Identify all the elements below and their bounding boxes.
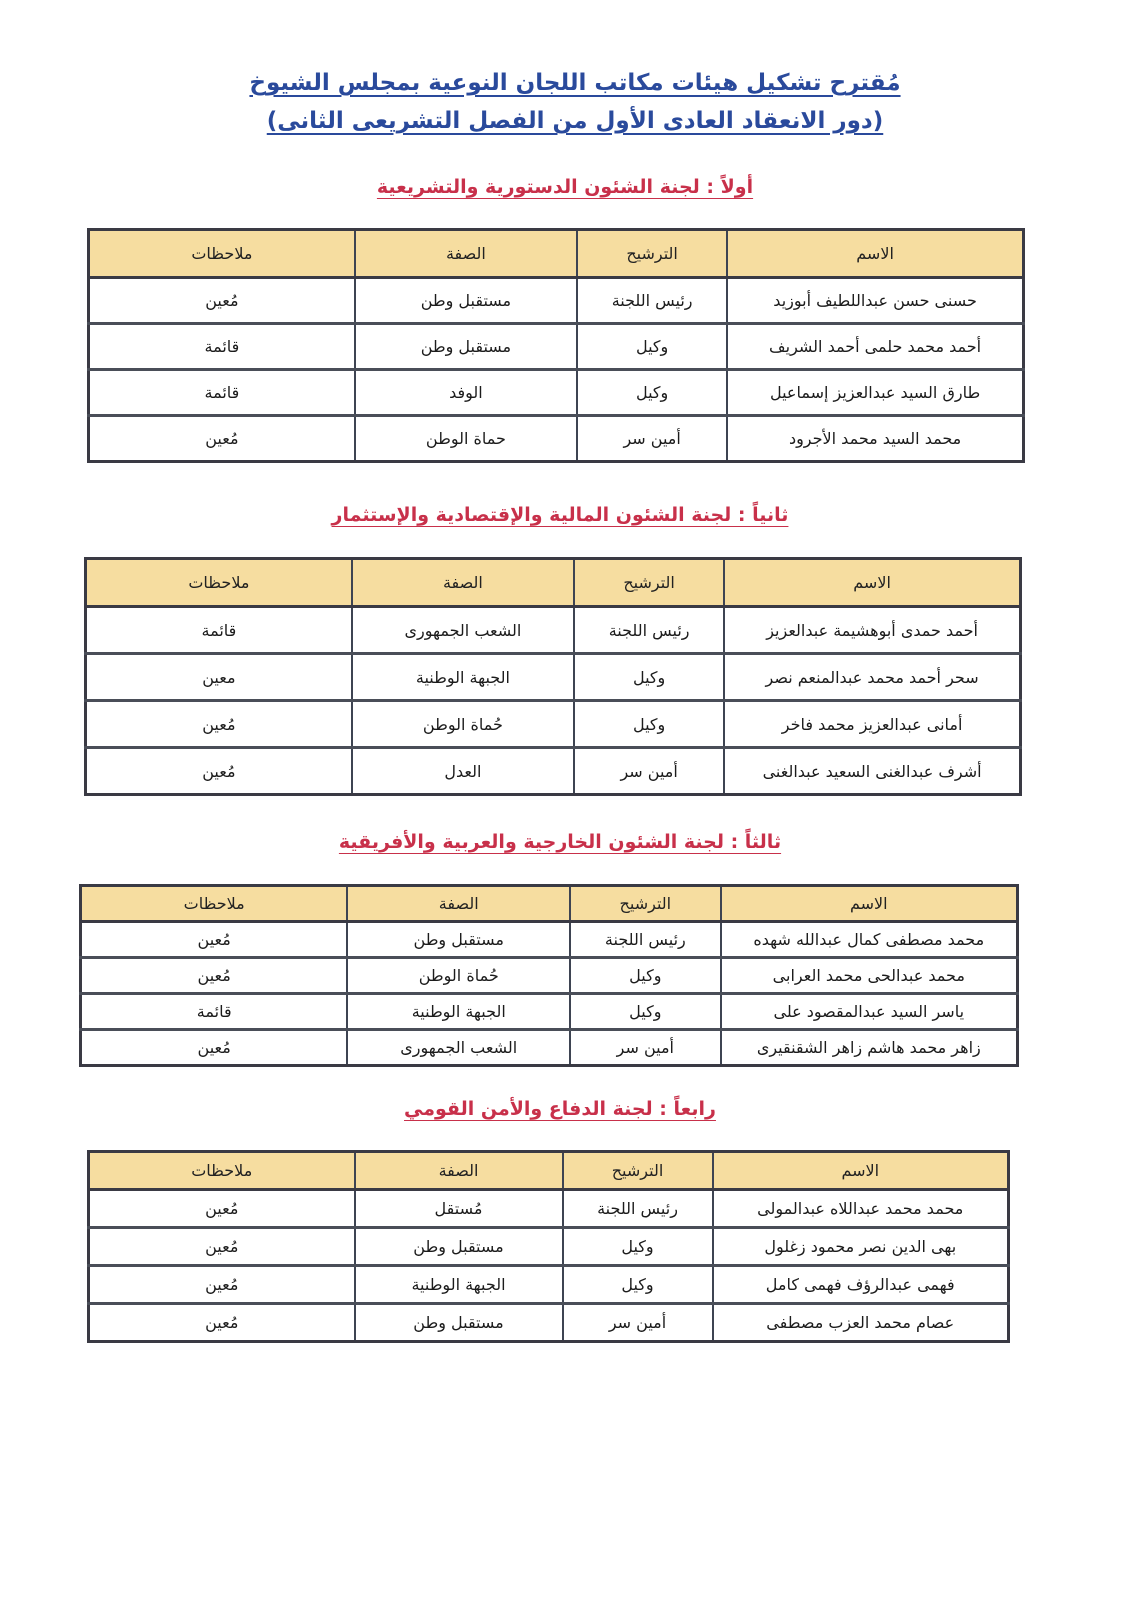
member-notes: قائمة: [89, 370, 355, 416]
member-nomination: رئيس اللجنة: [563, 1190, 713, 1228]
column-header-affiliation: الصفة: [352, 559, 574, 607]
member-notes: مُعين: [89, 416, 355, 462]
column-header-affiliation: الصفة: [347, 886, 570, 922]
member-name: فهمى عبدالرؤف فهمى كامل: [713, 1266, 1009, 1304]
document-subtitle: (دور الانعقاد العادى الأول من الفصل التش…: [10, 108, 1130, 134]
committee-4-table: الاسم الترشيح الصفة ملاحظات محمد محمد عب…: [87, 1150, 1010, 1343]
member-affiliation: العدل: [352, 748, 574, 795]
table-row: عصام محمد العزب مصطفى أمين سر مستقبل وطن…: [89, 1304, 1009, 1342]
member-name: أمانى عبدالعزيز محمد فاخر: [724, 701, 1020, 748]
member-affiliation: الجبهة الوطنية: [355, 1266, 563, 1304]
member-nomination: رئيس اللجنة: [577, 278, 727, 324]
member-nomination: رئيس اللجنة: [570, 922, 720, 958]
member-nomination: وكيل: [570, 958, 720, 994]
member-affiliation: الشعب الجمهورى: [347, 1030, 570, 1066]
member-affiliation: الشعب الجمهورى: [352, 607, 574, 654]
committee-3-table: الاسم الترشيح الصفة ملاحظات محمد مصطفى ك…: [79, 884, 1019, 1067]
member-nomination: وكيل: [577, 370, 727, 416]
member-name: محمد محمد عبداللاه عبدالمولى: [713, 1190, 1009, 1228]
member-nomination: وكيل: [574, 701, 724, 748]
table-row: ياسر السيد عبدالمقصود على وكيل الجبهة ال…: [81, 994, 1018, 1030]
member-notes: قائمة: [81, 994, 348, 1030]
member-name: ياسر السيد عبدالمقصود على: [721, 994, 1018, 1030]
table-row: أحمد حمدى أبوهشيمة عبدالعزيز رئيس اللجنة…: [86, 607, 1021, 654]
member-name: محمد عبدالحى محمد العرابى: [721, 958, 1018, 994]
table-row: أشرف عبدالغنى السعيد عبدالغنى أمين سر ال…: [86, 748, 1021, 795]
member-affiliation: حماة الوطن: [355, 416, 577, 462]
column-header-nomination: الترشيح: [570, 886, 720, 922]
table-row: بهى الدين نصر محمود زغلول وكيل مستقبل وط…: [89, 1228, 1009, 1266]
column-header-nomination: الترشيح: [574, 559, 724, 607]
member-affiliation: حُماة الوطن: [347, 958, 570, 994]
member-name: أحمد محمد حلمى أحمد الشريف: [727, 324, 1023, 370]
member-affiliation: الجبهة الوطنية: [347, 994, 570, 1030]
committee-1-table: الاسم الترشيح الصفة ملاحظات حسنى حسن عبد…: [87, 228, 1025, 463]
table-row: فهمى عبدالرؤف فهمى كامل وكيل الجبهة الوط…: [89, 1266, 1009, 1304]
member-notes: قائمة: [86, 607, 352, 654]
member-name: زاهر محمد هاشم زاهر الشقنقيرى: [721, 1030, 1018, 1066]
column-header-notes: ملاحظات: [81, 886, 348, 922]
member-notes: مُعين: [81, 958, 348, 994]
member-name: أشرف عبدالغنى السعيد عبدالغنى: [724, 748, 1020, 795]
member-nomination: وكيل: [577, 324, 727, 370]
column-header-name: الاسم: [721, 886, 1018, 922]
member-affiliation: الجبهة الوطنية: [352, 654, 574, 701]
column-header-nomination: الترشيح: [577, 230, 727, 278]
table-row: أمانى عبدالعزيز محمد فاخر وكيل حُماة الو…: [86, 701, 1021, 748]
member-affiliation: مستقبل وطن: [347, 922, 570, 958]
column-header-notes: ملاحظات: [86, 559, 352, 607]
member-name: أحمد حمدى أبوهشيمة عبدالعزيز: [724, 607, 1020, 654]
member-notes: قائمة: [89, 324, 355, 370]
column-header-nomination: الترشيح: [563, 1152, 713, 1190]
table-row: محمد السيد محمد الأجرود أمين سر حماة الو…: [89, 416, 1024, 462]
member-affiliation: مستقبل وطن: [355, 1304, 563, 1342]
table-row: محمد محمد عبداللاه عبدالمولى رئيس اللجنة…: [89, 1190, 1009, 1228]
table-row: حسنى حسن عبداللطيف أبوزيد رئيس اللجنة مس…: [89, 278, 1024, 324]
member-name: سحر أحمد محمد عبدالمنعم نصر: [724, 654, 1020, 701]
member-nomination: وكيل: [563, 1228, 713, 1266]
column-header-notes: ملاحظات: [89, 230, 355, 278]
member-notes: مُعين: [81, 922, 348, 958]
member-nomination: وكيل: [563, 1266, 713, 1304]
member-affiliation: الوفد: [355, 370, 577, 416]
member-affiliation: مستقبل وطن: [355, 278, 577, 324]
member-nomination: وكيل: [570, 994, 720, 1030]
table-header-row: الاسم الترشيح الصفة ملاحظات: [89, 230, 1024, 278]
member-name: طارق السيد عبدالعزيز إسماعيل: [727, 370, 1023, 416]
member-affiliation: مستقبل وطن: [355, 1228, 563, 1266]
table-header-row: الاسم الترشيح الصفة ملاحظات: [81, 886, 1018, 922]
column-header-name: الاسم: [724, 559, 1020, 607]
member-notes: مُعين: [86, 701, 352, 748]
member-name: محمد مصطفى كمال عبدالله شهده: [721, 922, 1018, 958]
column-header-name: الاسم: [713, 1152, 1009, 1190]
member-notes: مُعين: [86, 748, 352, 795]
table-header-row: الاسم الترشيح الصفة ملاحظات: [89, 1152, 1009, 1190]
member-affiliation: مُستقل: [355, 1190, 563, 1228]
member-notes: مُعين: [89, 1304, 355, 1342]
column-header-affiliation: الصفة: [355, 230, 577, 278]
column-header-affiliation: الصفة: [355, 1152, 563, 1190]
committee-1-heading: أولاً : لجنة الشئون الدستورية والتشريعية: [0, 176, 1130, 198]
member-nomination: أمين سر: [574, 748, 724, 795]
table-row: سحر أحمد محمد عبدالمنعم نصر وكيل الجبهة …: [86, 654, 1021, 701]
member-notes: مُعين: [89, 1228, 355, 1266]
table-header-row: الاسم الترشيح الصفة ملاحظات: [86, 559, 1021, 607]
member-nomination: أمين سر: [577, 416, 727, 462]
member-name: حسنى حسن عبداللطيف أبوزيد: [727, 278, 1023, 324]
member-nomination: أمين سر: [563, 1304, 713, 1342]
committee-3-heading: ثالثاً : لجنة الشئون الخارجية والعربية و…: [0, 831, 1125, 853]
table-row: أحمد محمد حلمى أحمد الشريف وكيل مستقبل و…: [89, 324, 1024, 370]
member-nomination: أمين سر: [570, 1030, 720, 1066]
member-nomination: وكيل: [574, 654, 724, 701]
member-notes: مُعين: [89, 1266, 355, 1304]
member-name: بهى الدين نصر محمود زغلول: [713, 1228, 1009, 1266]
document-title: مُقترح تشكيل هيئات مكاتب اللجان النوعية …: [10, 70, 1130, 96]
committee-2-table: الاسم الترشيح الصفة ملاحظات أحمد حمدى أب…: [84, 557, 1022, 796]
committee-4-heading: رابعاً : لجنة الدفاع والأمن القومي: [0, 1098, 1125, 1120]
member-notes: معين: [86, 654, 352, 701]
member-nomination: رئيس اللجنة: [574, 607, 724, 654]
member-notes: مُعين: [89, 1190, 355, 1228]
committee-2-heading: ثانياً : لجنة الشئون المالية والإقتصادية…: [0, 504, 1125, 526]
member-affiliation: حُماة الوطن: [352, 701, 574, 748]
table-row: محمد مصطفى كمال عبدالله شهده رئيس اللجنة…: [81, 922, 1018, 958]
member-affiliation: مستقبل وطن: [355, 324, 577, 370]
table-row: زاهر محمد هاشم زاهر الشقنقيرى أمين سر ال…: [81, 1030, 1018, 1066]
table-row: محمد عبدالحى محمد العرابى وكيل حُماة الو…: [81, 958, 1018, 994]
member-notes: مُعين: [81, 1030, 348, 1066]
member-name: عصام محمد العزب مصطفى: [713, 1304, 1009, 1342]
member-notes: مُعين: [89, 278, 355, 324]
column-header-notes: ملاحظات: [89, 1152, 355, 1190]
column-header-name: الاسم: [727, 230, 1023, 278]
member-name: محمد السيد محمد الأجرود: [727, 416, 1023, 462]
table-row: طارق السيد عبدالعزيز إسماعيل وكيل الوفد …: [89, 370, 1024, 416]
